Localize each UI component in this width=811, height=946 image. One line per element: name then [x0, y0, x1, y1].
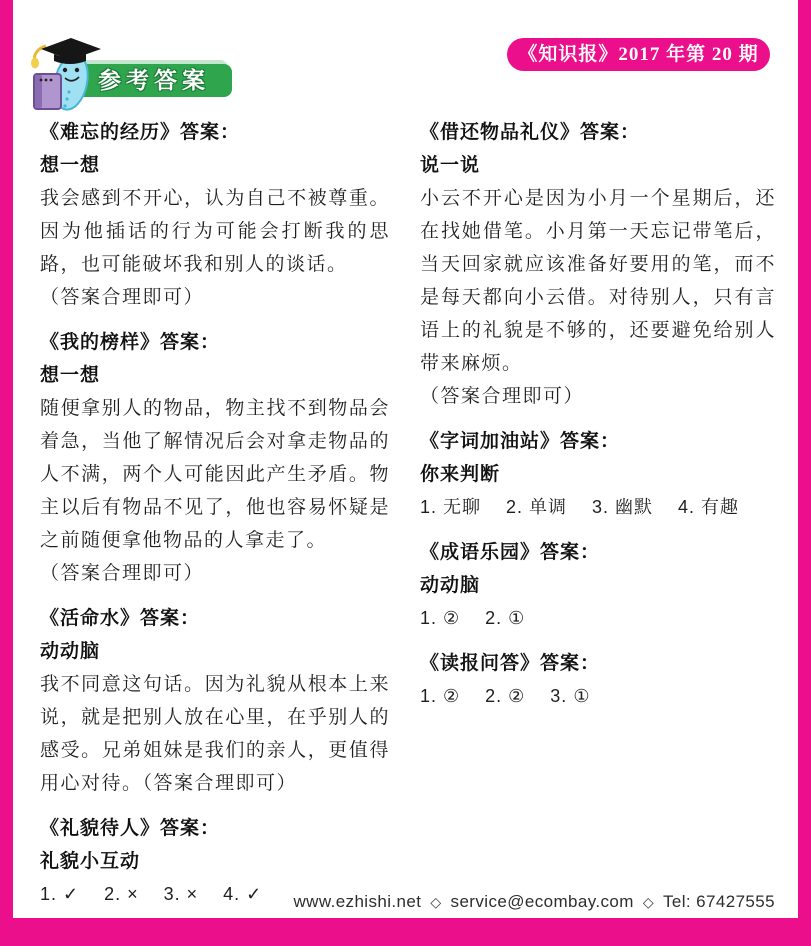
section-my-role-model: 《我的榜样》答案： 想一想 随便拿别人的物品，物主找不到物品会着急，当他了解情况…	[40, 326, 390, 590]
page-border-bottom	[0, 918, 811, 946]
section-body: 随便拿别人的物品，物主找不到物品会着急，当他了解情况后会对拿走物品的人不满，两个…	[40, 392, 390, 557]
section-body: 我不同意这句话。因为礼貌从根本上来说，就是把别人放在心里，在乎别人的感受。兄弟姐…	[40, 668, 390, 800]
section-title: 《成语乐园》答案：	[420, 536, 776, 569]
section-word-station: 《字词加油站》答案： 你来判断 1. 无聊 2. 单调 3. 幽默 4. 有趣	[420, 425, 776, 524]
section-subtitle: 动动脑	[420, 569, 776, 602]
section-unforgettable-experience: 《难忘的经历》答案： 想一想 我会感到不开心，认为自己不被尊重。因为他插话的行为…	[40, 116, 390, 314]
section-water-of-life: 《活命水》答案： 动动脑 我不同意这句话。因为礼貌从根本上来说，就是把别人放在心…	[40, 602, 390, 800]
section-subtitle: 想一想	[40, 359, 390, 392]
section-idiom-park: 《成语乐园》答案： 动动脑 1. ② 2. ①	[420, 536, 776, 635]
footer: www.ezhishi.net◇service@ecombay.com◇Tel:…	[293, 892, 775, 912]
column-right: 《借还物品礼仪》答案： 说一说 小云不开心是因为小月一个星期后，还在找她借笔。小…	[420, 116, 776, 911]
section-title: 《我的榜样》答案：	[40, 326, 390, 359]
section-borrowing-etiquette: 《借还物品礼仪》答案： 说一说 小云不开心是因为小月一个星期后，还在找她借笔。小…	[420, 116, 776, 413]
section-title: 《难忘的经历》答案：	[40, 116, 390, 149]
content-columns: 《难忘的经历》答案： 想一想 我会感到不开心，认为自己不被尊重。因为他插话的行为…	[40, 116, 776, 911]
section-subtitle: 动动脑	[40, 635, 390, 668]
section-subtitle: 说一说	[420, 149, 776, 182]
mascot-icon	[24, 28, 112, 116]
answer-page: 参考答案 《知识报》2017 年第 20 期 《难忘的经历》答案： 想一想 我会…	[0, 0, 811, 946]
footer-tel: Tel: 67427555	[663, 892, 775, 911]
section-note: （答案合理即可）	[420, 380, 776, 413]
section-answers: 1. 无聊 2. 单调 3. 幽默 4. 有趣	[420, 491, 776, 524]
section-note: （答案合理即可）	[40, 281, 390, 314]
section-subtitle: 想一想	[40, 149, 390, 182]
section-newspaper-qa: 《读报问答》答案： 1. ② 2. ② 3. ①	[420, 647, 776, 713]
section-answers: 1. ② 2. ② 3. ①	[420, 680, 776, 713]
section-body: 我会感到不开心，认为自己不被尊重。因为他插话的行为可能会打断我的思路，也可能破坏…	[40, 182, 390, 281]
section-title: 《活命水》答案：	[40, 602, 390, 635]
column-left: 《难忘的经历》答案： 想一想 我会感到不开心，认为自己不被尊重。因为他插话的行为…	[40, 116, 390, 911]
section-note: （答案合理即可）	[40, 557, 390, 590]
diamond-separator-icon: ◇	[643, 894, 654, 910]
page-border-left	[0, 0, 13, 946]
page-border-right	[798, 0, 811, 946]
footer-website: www.ezhishi.net	[293, 892, 421, 911]
section-body: 小云不开心是因为小月一个星期后，还在找她借笔。小月第一天忘记带笔后，当天回家就应…	[420, 182, 776, 380]
section-title: 《字词加油站》答案：	[420, 425, 776, 458]
section-title: 《借还物品礼仪》答案：	[420, 116, 776, 149]
section-title: 《读报问答》答案：	[420, 647, 776, 680]
diamond-separator-icon: ◇	[430, 894, 441, 910]
section-subtitle: 你来判断	[420, 458, 776, 491]
section-title: 《礼貌待人》答案：	[40, 812, 390, 845]
issue-banner: 《知识报》2017 年第 20 期	[507, 38, 770, 71]
section-answers: 1. ② 2. ①	[420, 602, 776, 635]
footer-email: service@ecombay.com	[451, 892, 634, 911]
section-subtitle: 礼貌小互动	[40, 845, 390, 878]
